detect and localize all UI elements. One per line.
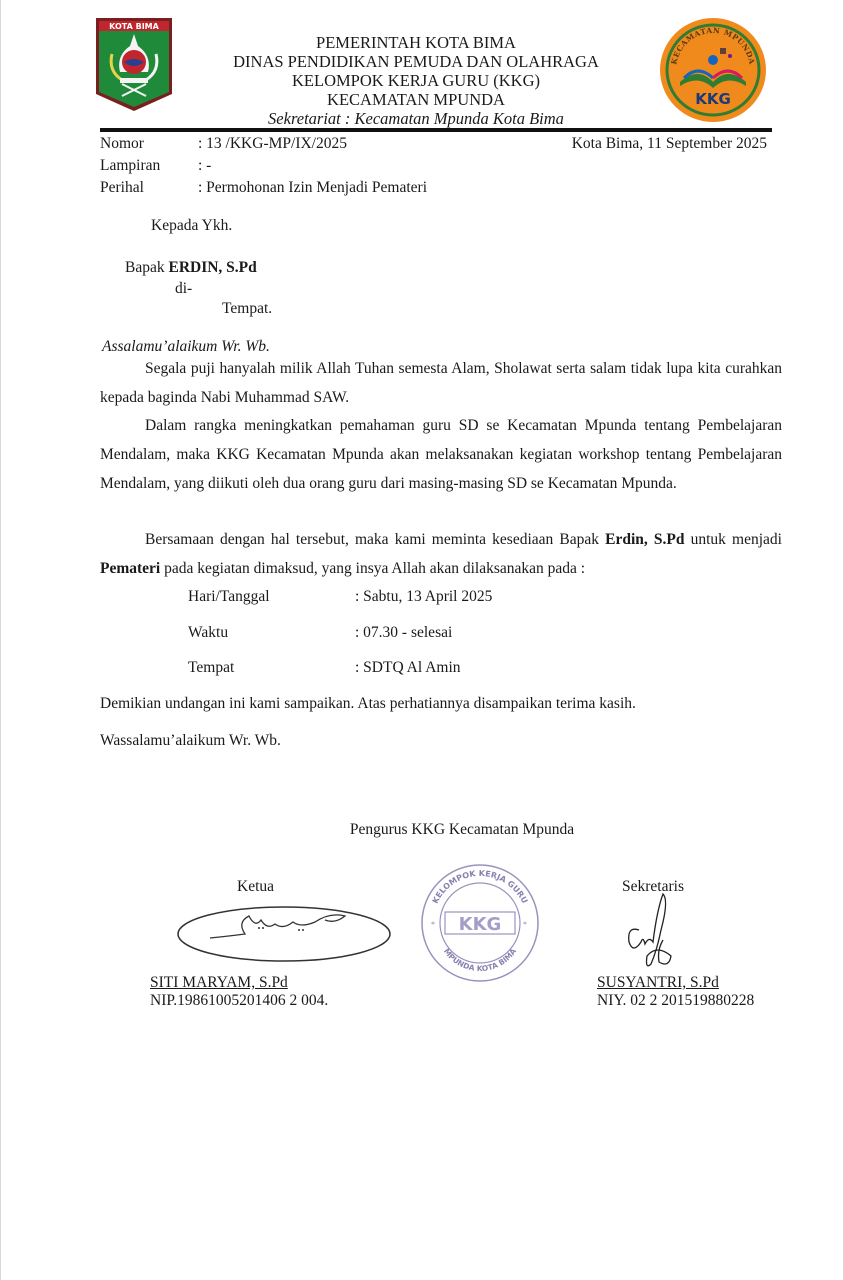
nomor-value: : 13 /KKG-MP/IX/2025	[198, 134, 347, 154]
request-speaker-name: Erdin, S.Pd	[605, 531, 684, 548]
svg-text:KOTA BIMA: KOTA BIMA	[109, 22, 159, 31]
paragraph-request: Bersamaan dengan hal tersebut, maka kami…	[100, 525, 782, 583]
recipient-prefix: Bapak	[125, 259, 168, 276]
signer-left-nip: NIP.19861005201406 2 004.	[150, 991, 328, 1011]
signer-left-role: Ketua	[237, 877, 274, 897]
kkg-official-stamp: KELOMPOK KERJA GURU MPUNDA KOTA BIMA KKG…	[419, 862, 541, 984]
detail-venue-value: : SDTQ Al Amin	[355, 658, 461, 678]
signer-right-niy: NIY. 02 2 201519880228	[597, 991, 754, 1011]
lampiran-label: Lampiran	[100, 156, 160, 176]
request-text-c: pada kegiatan dimaksud, yang insya Allah…	[160, 560, 585, 577]
perihal-value: : Permohonan Izin Menjadi Pemateri	[198, 178, 427, 198]
svg-text:KELOMPOK KERJA GURU: KELOMPOK KERJA GURU	[431, 869, 530, 905]
paragraph-purpose: Dalam rangka meningkatkan pemahaman guru…	[100, 411, 782, 498]
svg-text:*: *	[431, 920, 435, 929]
recipient-tempat: Tempat.	[222, 299, 272, 319]
recipient-di: di-	[175, 279, 192, 299]
signer-right-name: SUSYANTRI, S.Pd	[597, 973, 719, 993]
recipient-name-line: Bapak ERDIN, S.Pd	[125, 258, 257, 278]
place-date: Kota Bima, 11 September 2025	[572, 134, 767, 154]
svg-text:KKG: KKG	[695, 90, 731, 108]
svg-text:MPUNDA KOTA BIMA: MPUNDA KOTA BIMA	[442, 947, 518, 973]
request-text-a: Bersamaan dengan hal tersebut, maka kami…	[145, 531, 605, 548]
detail-date-value: : Sabtu, 13 April 2025	[355, 587, 492, 607]
letterhead-line-district: KECAMATAN MPUNDA	[181, 90, 651, 109]
detail-venue-label: Tempat	[188, 658, 234, 678]
lampiran-value: : -	[198, 156, 211, 176]
paragraph-praise-text: Segala puji hanyalah milik Allah Tuhan s…	[100, 360, 782, 406]
kota-bima-crest-logo: KOTA BIMA	[94, 16, 174, 112]
svg-text:*: *	[523, 920, 527, 929]
detail-time-value: : 07.30 - selesai	[355, 623, 452, 643]
paragraph-purpose-text: Dalam rangka meningkatkan pemahaman guru…	[100, 417, 782, 492]
letterhead-divider	[100, 128, 772, 132]
kkg-mpunda-logo: KECAMATAN MPUNDA KKG	[658, 16, 768, 124]
paragraph-praise: Segala puji hanyalah milik Allah Tuhan s…	[100, 354, 782, 412]
letterhead-line-secretariat: Sekretariat : Kecamatan Mpunda Kota Bima	[181, 109, 651, 128]
request-role: Pemateri	[100, 560, 160, 577]
closing-sentence: Demikian undangan ini kami sampaikan. At…	[100, 694, 636, 714]
signature-sekretaris-icon	[617, 890, 687, 972]
perihal-label: Perihal	[100, 178, 144, 198]
letterhead-line-department: DINAS PENDIDIKAN PEMUDA DAN OLAHRAGA	[181, 52, 651, 71]
closing-greeting: Wassalamu’alaikum Wr. Wb.	[100, 731, 281, 751]
signature-ketua-icon	[175, 900, 393, 965]
recipient-name: ERDIN, S.Pd	[168, 259, 256, 276]
request-text-b: untuk menjadi	[685, 531, 783, 548]
recipient-kepada: Kepada Ykh.	[151, 216, 232, 236]
svg-text:KKG: KKG	[459, 914, 502, 935]
signer-left-name: SITI MARYAM, S.Pd	[150, 973, 288, 993]
letterhead-line-government: PEMERINTAH KOTA BIMA	[181, 33, 651, 52]
detail-time-label: Waktu	[188, 623, 228, 643]
nomor-label: Nomor	[100, 134, 144, 154]
letterhead-line-organization: KELOMPOK KERJA GURU (KKG)	[181, 71, 651, 90]
signature-heading: Pengurus KKG Kecamatan Mpunda	[1, 820, 844, 840]
detail-date-label: Hari/Tanggal	[188, 587, 270, 607]
